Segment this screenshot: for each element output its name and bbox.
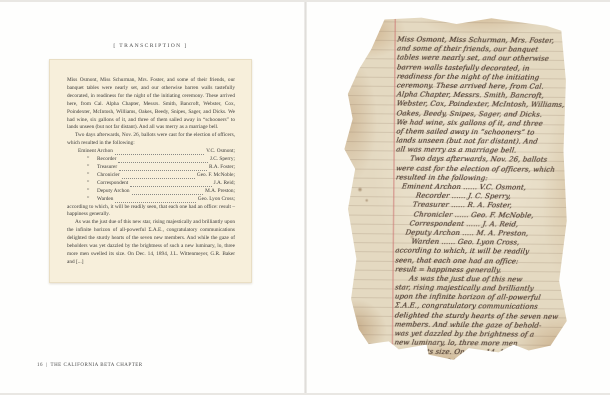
officer-title: Treasurer bbox=[97, 164, 117, 172]
transcription-panel: Miss Osmont, Miss Schurman, Mrs. Foster,… bbox=[49, 59, 252, 283]
dot-leader bbox=[122, 178, 195, 179]
transcription-header: [ TRANSCRIPTION ] bbox=[49, 43, 252, 49]
transcription-text-block: Miss Osmont, Miss Schurman, Mrs. Foster,… bbox=[67, 77, 235, 267]
dot-leader bbox=[119, 170, 207, 171]
ditto-mark: ” bbox=[78, 156, 97, 164]
officers-list: Eminent Archon V.C. Osmont; ” Recorder J… bbox=[78, 148, 235, 203]
officer-row: ” Deputy Archon M.A. Preston; bbox=[78, 188, 235, 196]
page-footer: 16 | THE CALIFORNIA BETA CHAPTER bbox=[37, 363, 143, 368]
officer-title: Correspondent bbox=[97, 180, 128, 188]
dot-leader bbox=[132, 194, 204, 195]
book-title: THE CALIFORNIA BETA CHAPTER bbox=[51, 363, 143, 368]
page-number: 16 bbox=[37, 363, 43, 368]
ditto-mark: ” bbox=[78, 180, 97, 188]
officer-row: ” Recorder J.C. Sperry; bbox=[78, 156, 235, 164]
officer-name: Geo. F. McNoble; bbox=[197, 172, 235, 180]
officer-title: Eminent Archon bbox=[78, 148, 113, 156]
dot-leader bbox=[118, 162, 207, 163]
ditto-mark: ” bbox=[78, 164, 97, 172]
ditto-mark: ” bbox=[78, 188, 97, 196]
ink-mark: [ bbox=[372, 27, 376, 37]
officer-row: ” Warden Geo. Lyon Cross; bbox=[78, 196, 235, 204]
transcription-paragraph-4: As was the just due of this new star, ri… bbox=[67, 219, 235, 266]
officer-name: V.C. Osmont; bbox=[206, 148, 235, 156]
officer-row: ” Treasurer R.A. Foster; bbox=[78, 164, 235, 172]
officer-name: J.A. Reid; bbox=[214, 180, 235, 188]
ditto-mark: ” bbox=[78, 196, 97, 204]
officer-title: Deputy Archon bbox=[97, 188, 130, 196]
ditto-mark: ” bbox=[78, 172, 97, 180]
right-page: [ Miss Osmont, Miss Schurman, Mrs. Foste… bbox=[305, 0, 610, 395]
officer-name: Geo. Lyon Cross; bbox=[198, 196, 235, 204]
officer-title: Recorder bbox=[97, 156, 116, 164]
manuscript-photo: [ Miss Osmont, Miss Schurman, Mrs. Foste… bbox=[342, 13, 573, 375]
officer-name: R.A. Foster; bbox=[209, 164, 235, 172]
manuscript-handwriting: Miss Osmont, Miss Schurman, Mrs. Foster,… bbox=[393, 35, 568, 367]
dot-leader bbox=[115, 202, 195, 203]
officer-row: ” Correspondent J.A. Reid; bbox=[78, 180, 235, 188]
dot-leader bbox=[115, 154, 204, 155]
manuscript-line: swelled its size. On Dec. 14, 1894, bbox=[394, 348, 567, 359]
book-spread: [ TRANSCRIPTION ] Miss Osmont, Miss Schu… bbox=[0, 0, 610, 395]
dot-leader bbox=[130, 186, 211, 187]
officer-title: Chronicler bbox=[97, 172, 120, 180]
transcription-paragraph-3: according to which, it will be readily s… bbox=[67, 204, 235, 220]
officer-row: Eminent Archon V.C. Osmont; bbox=[78, 148, 235, 156]
transcription-paragraph-1: Miss Osmont, Miss Schurman, Mrs. Foster,… bbox=[67, 77, 235, 132]
footer-separator: | bbox=[46, 363, 48, 368]
left-page: [ TRANSCRIPTION ] Miss Osmont, Miss Schu… bbox=[0, 0, 305, 395]
officer-title: Warden bbox=[97, 196, 113, 204]
officer-name: J.C. Sperry; bbox=[210, 156, 235, 164]
transcription-paragraph-2: Two days afterwards, Nov. 26, ballots we… bbox=[67, 132, 235, 148]
officer-name: M.A. Preston; bbox=[205, 188, 235, 196]
manuscript-line: Wittenmeyer, G.R. Baker, and M.R. bbox=[393, 357, 566, 368]
officer-row: ” Chronicler Geo. F. McNoble; bbox=[78, 172, 235, 180]
